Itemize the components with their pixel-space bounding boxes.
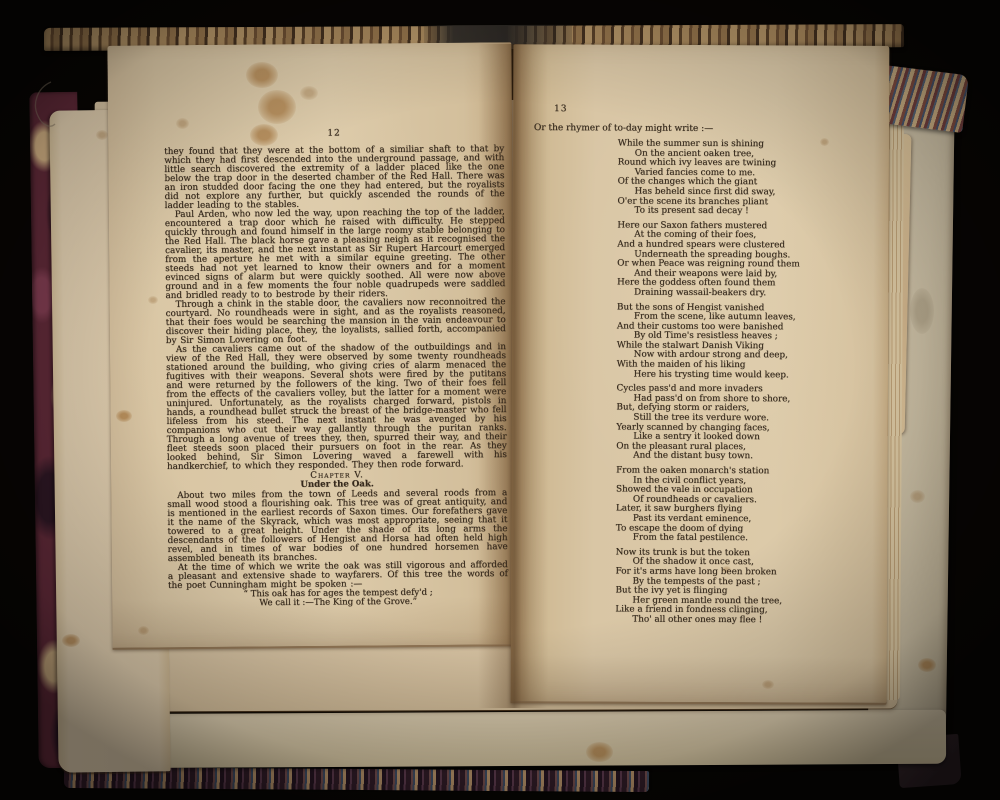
stain	[148, 296, 158, 304]
poem-line: Tho' all other ones may flee !	[632, 615, 861, 626]
poem-stanza: But the sons of Hengist vanishedFrom the…	[617, 303, 863, 381]
left-page-paragraphs-after: About two miles from the town of Leeds a…	[167, 489, 508, 591]
poem-line: To its present sad decay !	[634, 207, 863, 218]
poem-line: And the distant busy town.	[633, 452, 862, 463]
poem-stanza: Here our Saxon fathers musteredAt the co…	[617, 221, 863, 299]
poem-quote: “ This oak has for ages the tempest defy…	[168, 588, 508, 610]
stain	[762, 680, 774, 689]
stain	[300, 86, 318, 100]
poem-stanza: Now its trunk is but the tokenOf the sha…	[615, 548, 861, 626]
stain	[138, 626, 149, 635]
stain	[96, 130, 108, 140]
bottom-flyleaf	[90, 710, 946, 768]
right-page-text: 13 Or the rhymer of to-day might write :…	[531, 104, 864, 631]
poem-stanza: While the summer sun is shiningOn the an…	[617, 139, 863, 217]
stain	[918, 658, 936, 672]
stain	[246, 62, 278, 88]
paragraph: As the cavaliers came out of the shadow …	[166, 343, 507, 472]
stain	[910, 490, 925, 503]
poem-line: Draining wassail-beakers dry.	[634, 288, 863, 299]
left-page-text: 12 they found that they were at the bott…	[164, 127, 508, 610]
poem: While the summer sun is shiningOn the an…	[615, 139, 864, 626]
right-page-number: 13	[554, 104, 864, 116]
paragraph: Through a chink in the stable door, the …	[165, 298, 505, 346]
left-page-paragraphs: they found that they were at the bottom …	[164, 145, 507, 472]
paragraph: they found that they were at the bottom …	[164, 145, 505, 211]
stain	[586, 742, 613, 762]
paragraph: Paul Arden, who now led the way, upon re…	[165, 208, 506, 301]
stain	[62, 634, 80, 647]
paragraph: About two miles from the town of Leeds a…	[167, 489, 508, 564]
pencil-mark	[30, 78, 58, 134]
stain	[258, 90, 296, 124]
paragraph: At the time of which we write the oak wa…	[168, 561, 508, 591]
poem-stanza: From the oaken monarch's stationIn the c…	[616, 466, 862, 544]
poem-line: From the fatal pestilence.	[633, 534, 862, 545]
poem-intro-line: Or the rhymer of to-day might write :—	[534, 123, 864, 135]
stain	[910, 288, 934, 334]
left-page-number: 12	[164, 127, 504, 140]
poem-stanza: Cycles pass'd and more invadersHad pass'…	[616, 385, 862, 463]
stain	[176, 118, 189, 129]
stain	[116, 410, 132, 422]
poem-line: Here his trysting time would keep.	[634, 370, 863, 381]
photo-backdrop: 12 they found that they were at the bott…	[0, 0, 1000, 800]
